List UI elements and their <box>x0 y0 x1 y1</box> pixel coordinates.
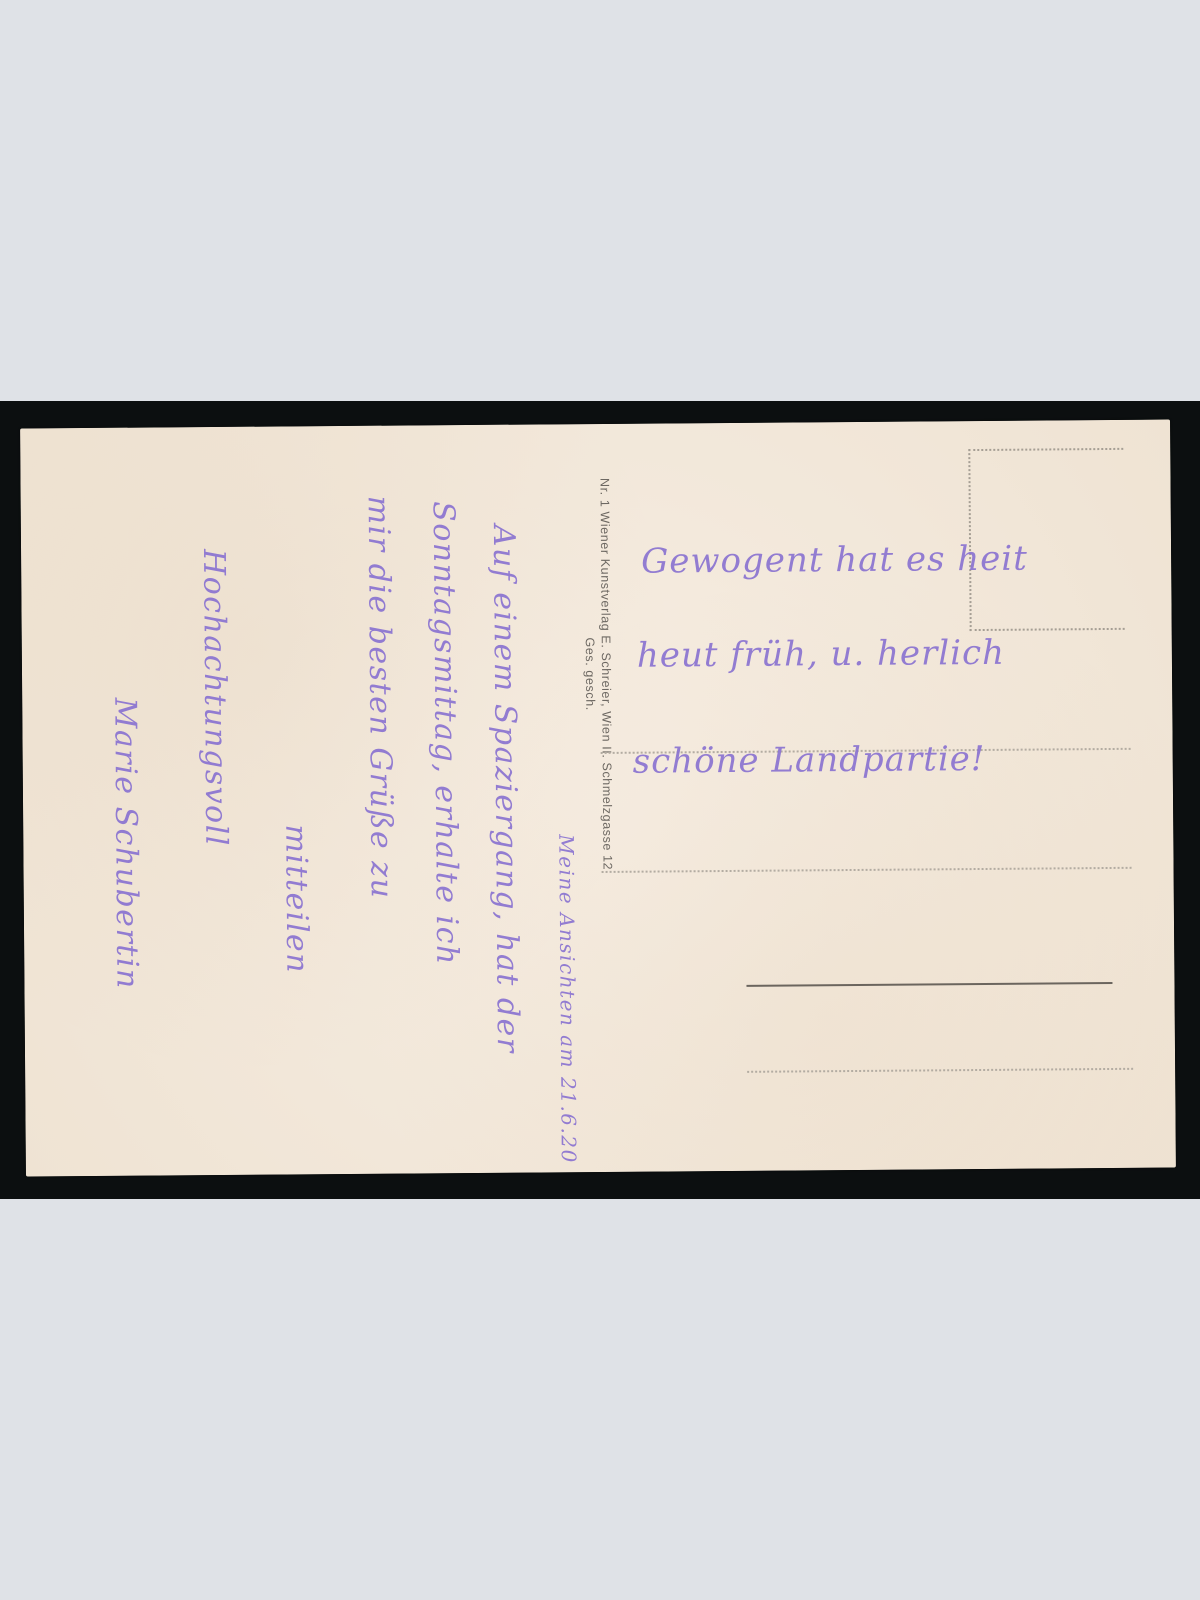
handwritten-signature: Marie Schubertin <box>107 698 144 990</box>
handwritten-closing: Hochachtungsvoll <box>196 549 233 847</box>
address-line-2 <box>602 867 1132 873</box>
postcard-back: Nr. 1 Wiener Kunstverlag E. Schreier, Wi… <box>20 419 1176 1176</box>
handwritten-line-2: heut früh, u. herlich <box>637 633 1005 676</box>
handwritten-line-3: schöne Landpartie! <box>633 739 986 782</box>
handwritten-line-1: Gewogent hat es heit <box>641 539 1028 582</box>
address-line-3 <box>747 1068 1133 1073</box>
handwritten-left-line-3: mir die besten Grüße zu <box>361 496 399 900</box>
handwritten-date-note: Meine Ansichten am 21.6.20 <box>554 834 581 1164</box>
publisher-line: Nr. 1 Wiener Kunstverlag E. Schreier, Wi… <box>596 478 615 870</box>
handwritten-left-line-1: Auf einem Spaziergang, hat der <box>486 525 525 1054</box>
address-line-solid <box>746 982 1112 987</box>
handwritten-left-line-4: mitteilen <box>278 824 314 974</box>
handwritten-left-line-2: Sonntagsmittag, erhalte ich <box>426 501 465 966</box>
publisher-imprint: Nr. 1 Wiener Kunstverlag E. Schreier, Wi… <box>580 478 615 870</box>
